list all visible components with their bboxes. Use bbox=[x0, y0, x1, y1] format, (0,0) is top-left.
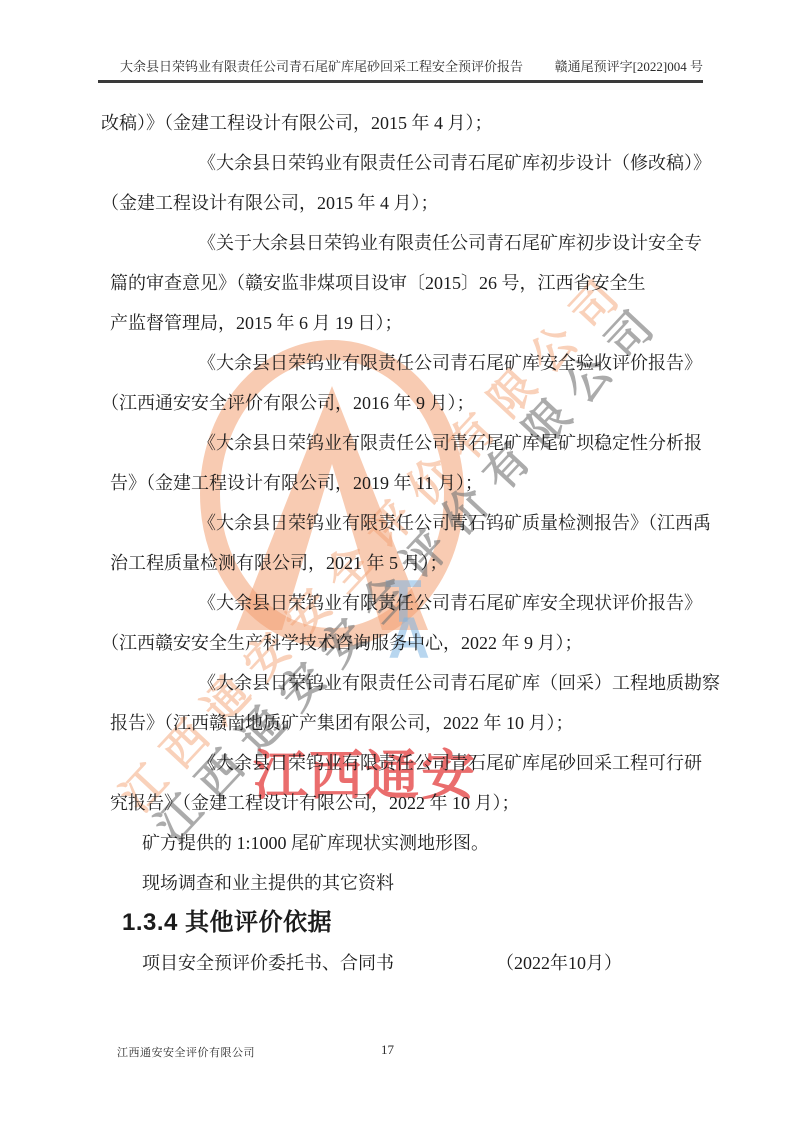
body-line: 矿方提供的 1:1000 尾矿库现状实测地形图。 bbox=[98, 823, 703, 863]
body-line: 《大余县日荣钨业有限责任公司青石尾矿库安全验收评价报告》 bbox=[98, 343, 703, 383]
body-line-date: （2022年10月） bbox=[496, 943, 622, 983]
header-document-number: 赣通尾预评字[2022]004 号 bbox=[555, 56, 703, 75]
body-line: 治工程质量检测有限公司，2021 年 5 月）； bbox=[98, 543, 703, 583]
footer-page-number: 17 bbox=[381, 1042, 394, 1058]
footer-company-name: 江西通安安全评价有限公司 bbox=[117, 1044, 255, 1060]
body-text: 改稿）》（金建工程设计有限公司，2015 年 4 月）；《大余县日荣钨业有限责任… bbox=[98, 103, 703, 983]
body-line: 项目安全预评价委托书、合同书（2022年10月） bbox=[98, 943, 703, 983]
header-rule bbox=[98, 80, 703, 83]
body-line: 篇的审查意见》（赣安监非煤项目设审〔2015〕26 号，江西省安全生 bbox=[98, 263, 703, 303]
body-line: （金建工程设计有限公司，2015 年 4 月）； bbox=[98, 183, 703, 223]
page-header: 大余县日荣钨业有限责任公司青石尾矿库尾砂回采工程安全预评价报告 赣通尾预评字[2… bbox=[98, 56, 703, 75]
body-line: 告》（金建工程设计有限公司，2019 年 11 月）； bbox=[98, 463, 703, 503]
content-layer: 大余县日荣钨业有限责任公司青石尾矿库尾砂回采工程安全预评价报告 赣通尾预评字[2… bbox=[0, 0, 800, 1131]
body-line: 《大余县日荣钨业有限责任公司青石尾矿库尾矿坝稳定性分析报 bbox=[98, 423, 703, 463]
body-line: 《大余县日荣钨业有限责任公司青石尾矿库初步设计（修改稿）》 bbox=[98, 143, 703, 183]
body-line: 《关于大余县日荣钨业有限责任公司青石尾矿库初步设计安全专 bbox=[98, 223, 703, 263]
body-line: 现场调查和业主提供的其它资料 bbox=[98, 863, 703, 903]
body-line: 《大余县日荣钨业有限责任公司青石尾矿库（回采）工程地质勘察 bbox=[98, 663, 703, 703]
body-line: 报告》（江西赣南地质矿产集团有限公司，2022 年 10 月）； bbox=[98, 703, 703, 743]
body-line: 产监督管理局，2015 年 6 月 19 日）； bbox=[98, 303, 703, 343]
body-line: （江西赣安安全生产科学技术咨询服务中心，2022 年 9 月）； bbox=[98, 623, 703, 663]
body-line: 究报告》（金建工程设计有限公司，2022 年 10 月）； bbox=[98, 783, 703, 823]
body-line: 改稿）》（金建工程设计有限公司，2015 年 4 月）； bbox=[98, 103, 703, 143]
body-line: 《大余县日荣钨业有限责任公司青石钨矿质量检测报告》（江西禹 bbox=[98, 503, 703, 543]
document-page: 江西通安安全评价有限公司 T A 江西通安安全评价有限公司 江西通安 大余县日荣… bbox=[0, 0, 800, 1131]
header-report-title: 大余县日荣钨业有限责任公司青石尾矿库尾砂回采工程安全预评价报告 bbox=[98, 56, 523, 75]
body-line: 《大余县日荣钨业有限责任公司青石尾矿库尾砂回采工程可行研 bbox=[98, 743, 703, 783]
section-heading: 1.3.4 其他评价依据 bbox=[98, 903, 703, 943]
page-footer: 江西通安安全评价有限公司 17 bbox=[98, 1042, 703, 1062]
body-line: 《大余县日荣钨业有限责任公司青石尾矿库安全现状评价报告》 bbox=[98, 583, 703, 623]
body-line: （江西通安安全评价有限公司，2016 年 9 月）； bbox=[98, 383, 703, 423]
